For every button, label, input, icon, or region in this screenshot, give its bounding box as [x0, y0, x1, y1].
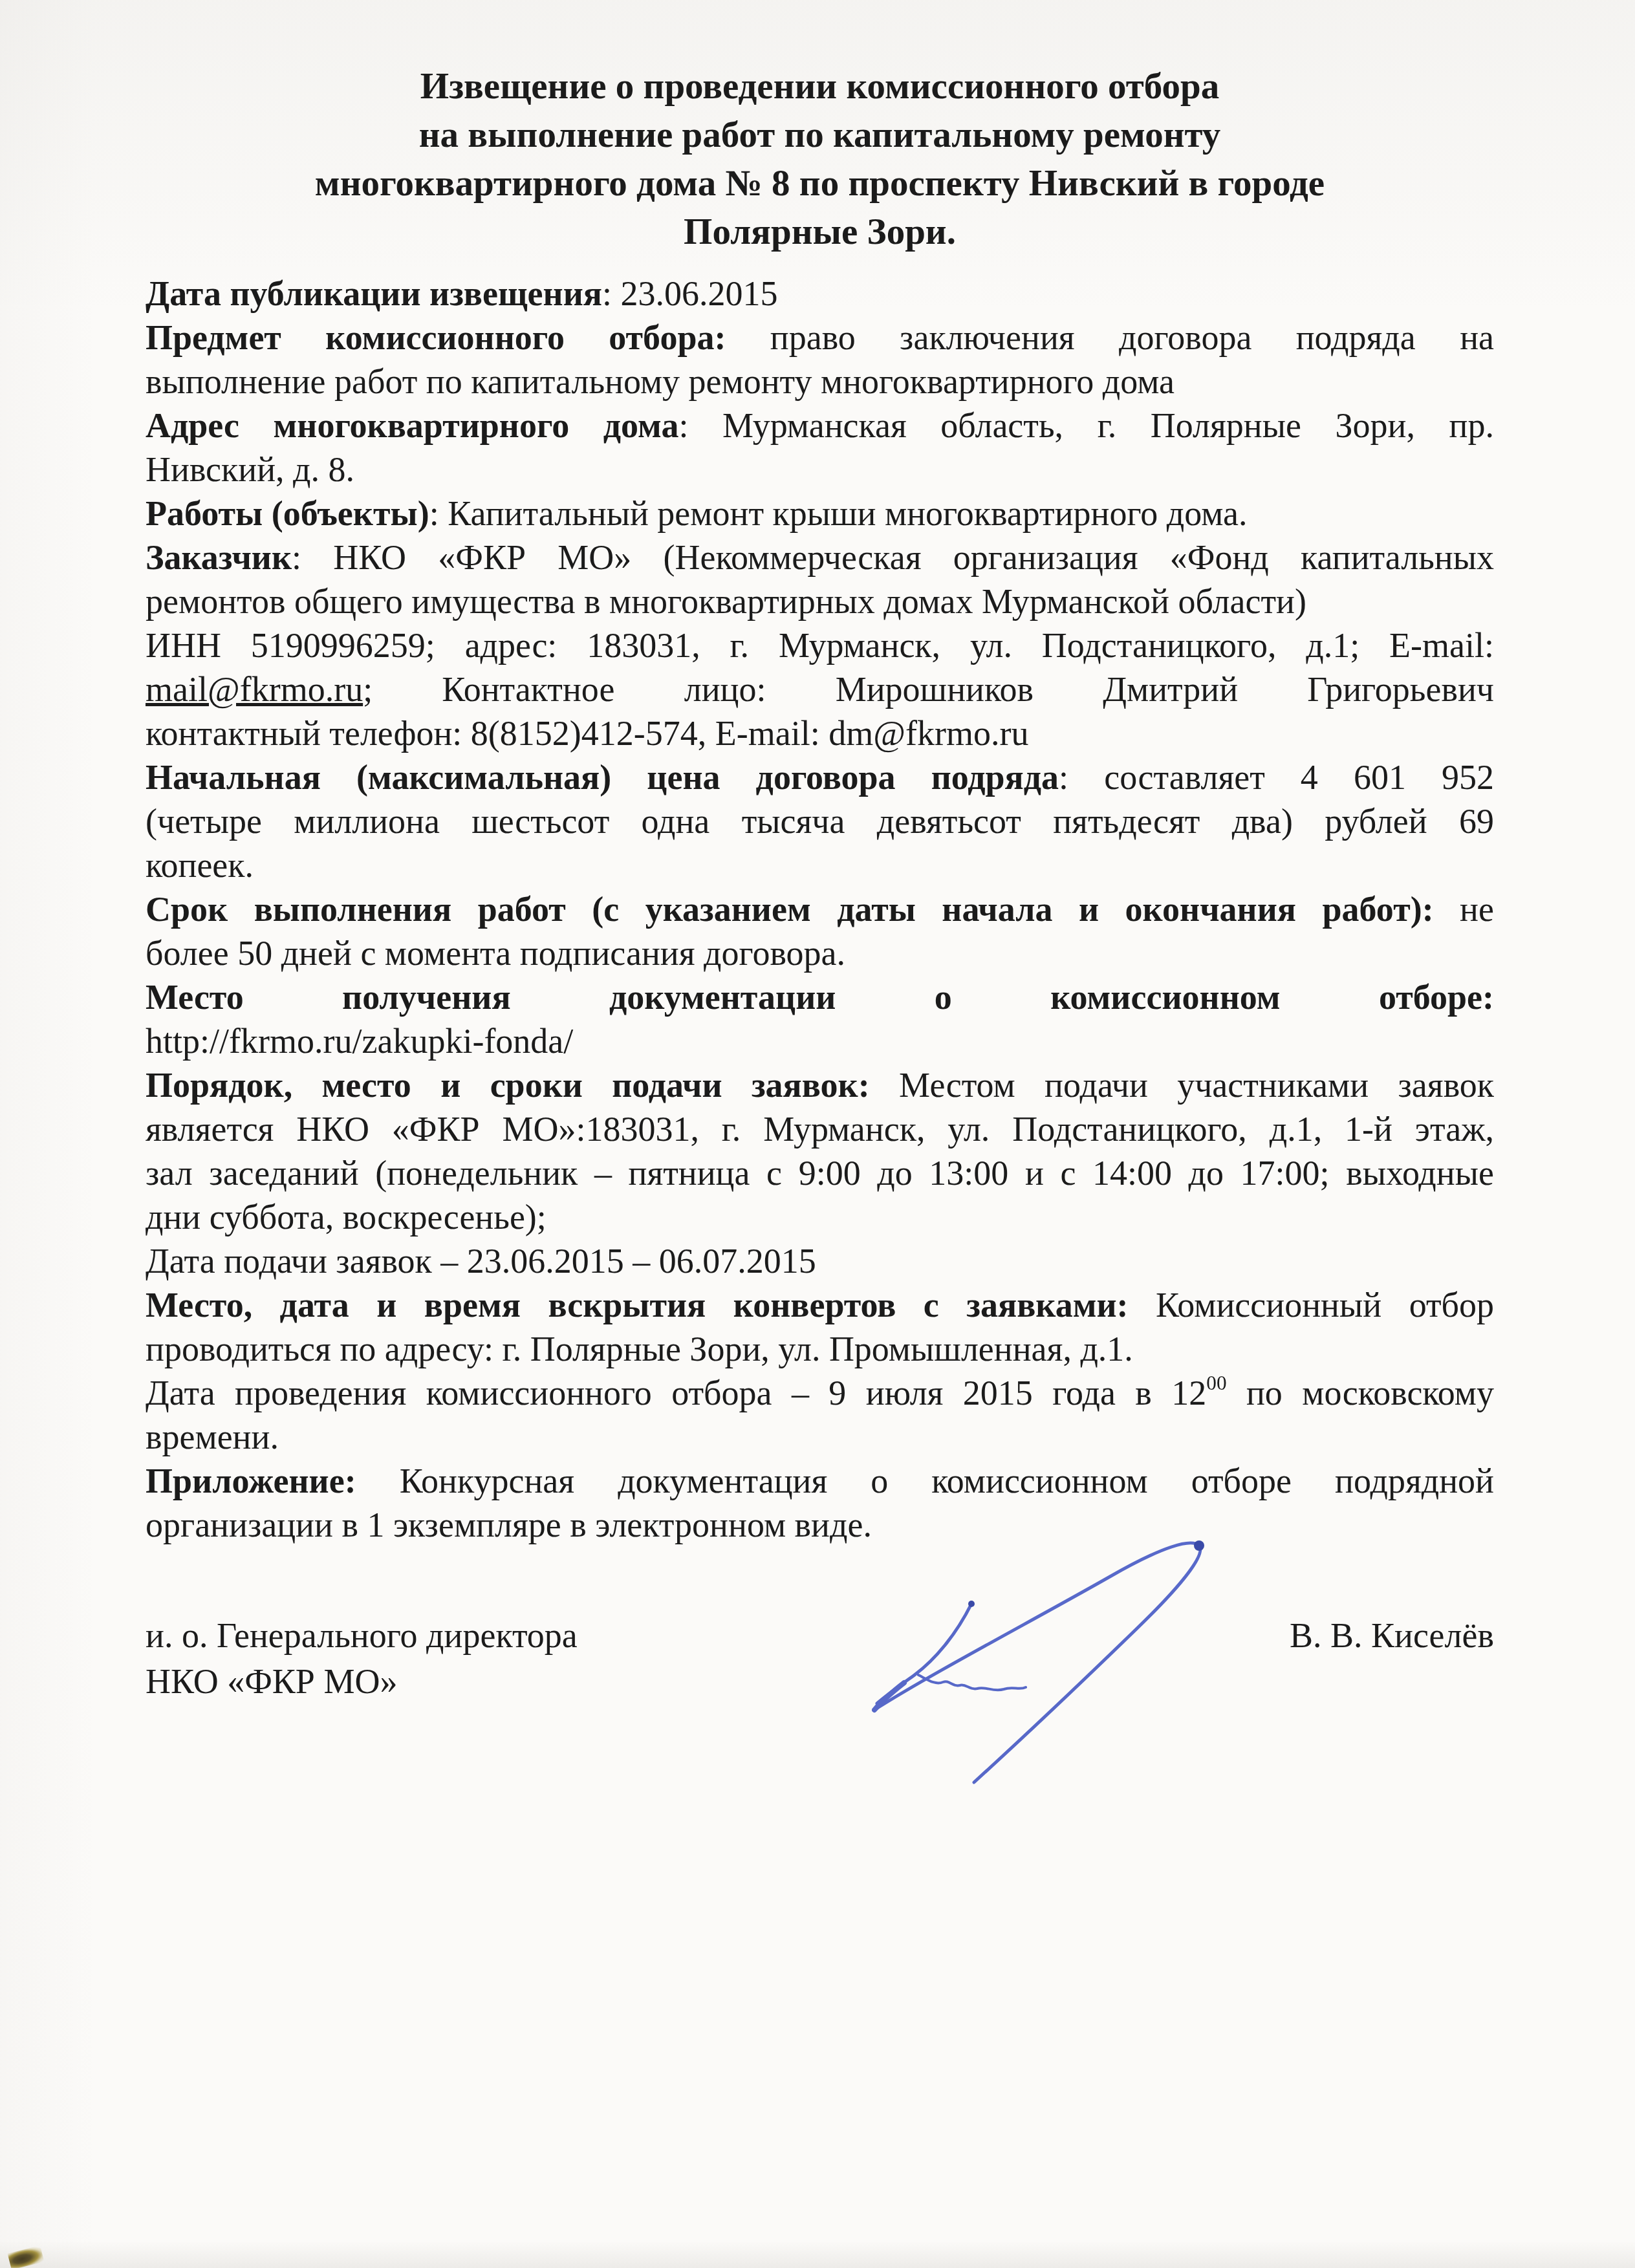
text-segment: более 50 дней с момента подписания догов…: [146, 934, 845, 973]
text-line: Место получения документации о комиссион…: [146, 975, 1494, 1019]
text-segment: 00: [1206, 1372, 1226, 1394]
text-line: дни суббота, воскресенье);: [146, 1195, 1494, 1239]
text-segment: дни суббота, воскресенье);: [146, 1198, 547, 1237]
text-segment: : 23.06.2015: [602, 274, 778, 313]
text-line: Приложение: Конкурсная документация о ко…: [146, 1459, 1494, 1503]
text-segment: mail@fkrmo.ru: [146, 670, 363, 709]
text-line: (четыре миллиона шестьсот одна тысяча де…: [146, 799, 1494, 843]
text-line: ремонтов общего имущества в многоквартир…: [146, 579, 1494, 623]
text-line: контактный телефон: 8(8152)412-574, E-ma…: [146, 711, 1494, 755]
text-line: Предмет комиссионного отбора: право закл…: [146, 316, 1494, 360]
text-line: Место, дата и время вскрытия конвертов с…: [146, 1283, 1494, 1327]
text-line: является НКО «ФКР МО»:183031, г. Мурманс…: [146, 1107, 1494, 1151]
text-line: выполнение работ по капитальному ремонту…: [146, 360, 1494, 404]
text-segment: Предмет комиссионного отбора:: [146, 318, 726, 357]
text-line: Работы (объекты): Капитальный ремонт кры…: [146, 491, 1494, 535]
text-line: Заказчик: НКО «ФКР МО» (Некоммерческая о…: [146, 535, 1494, 579]
text-segment: зал заседаний (понедельник – пятница с 9…: [146, 1154, 1494, 1193]
text-segment: Приложение:: [146, 1462, 356, 1500]
text-line: mail@fkrmo.ru; Контактное лицо: Мирошник…: [146, 667, 1494, 711]
scanned-document-page: Извещение о проведении комиссионного отб…: [0, 0, 1635, 2268]
title-line: Извещение о проведении комиссионного отб…: [146, 62, 1494, 111]
text-segment: Нивский, д. 8.: [146, 450, 354, 489]
text-line: проводиться по адресу: г. Полярные Зори,…: [146, 1327, 1494, 1371]
text-segment: Место, дата и время вскрытия конвертов с…: [146, 1286, 1129, 1324]
text-segment: Адрес многоквартирного дома: [146, 406, 678, 445]
document-content: Извещение о проведении комиссионного отб…: [146, 62, 1494, 1547]
text-segment: Местом подачи участниками заявок: [870, 1066, 1494, 1105]
signer-position-block: и. о. Генерального директора НКО «ФКР МО…: [146, 1613, 578, 1705]
text-segment: Дата публикации извещения: [146, 274, 602, 313]
signature-block: и. о. Генерального директора НКО «ФКР МО…: [146, 1613, 1494, 1705]
text-segment: Порядок, место и сроки подачи заявок:: [146, 1066, 870, 1105]
text-line: http://fkrmo.ru/zakupki-fonda/: [146, 1019, 1494, 1063]
text-line: Дата проведения комиссионного отбора – 9…: [146, 1371, 1494, 1415]
text-segment: : Капитальный ремонт крыши многоквартирн…: [429, 494, 1248, 533]
text-line: Дата подачи заявок – 23.06.2015 – 06.07.…: [146, 1239, 1494, 1283]
text-line: Дата публикации извещения: 23.06.2015: [146, 272, 1494, 316]
text-line: ИНН 5190996259; адрес: 183031, г. Мурман…: [146, 623, 1494, 667]
text-segment: : составляет 4 601 952: [1059, 758, 1494, 797]
text-segment: http://fkrmo.ru/zakupki-fonda/: [146, 1022, 573, 1061]
text-segment: ИНН 5190996259; адрес: 183031, г. Мурман…: [146, 626, 1494, 665]
text-segment: Заказчик: [146, 538, 292, 577]
text-line: Нивский, д. 8.: [146, 448, 1494, 491]
text-segment: организации в 1 экземпляре в электронном…: [146, 1506, 872, 1544]
text-line: копеек.: [146, 843, 1494, 887]
text-segment: копеек.: [146, 846, 254, 885]
text-line: Адрес многоквартирного дома: Мурманская …: [146, 404, 1494, 448]
text-segment: времени.: [146, 1418, 279, 1456]
text-segment: не: [1434, 890, 1494, 929]
text-segment: Место получения документации о комиссион…: [146, 978, 1494, 1017]
text-line: времени.: [146, 1415, 1494, 1459]
text-segment: Конкурсная документация о комиссионном о…: [356, 1462, 1494, 1500]
title-line: многоквартирного дома № 8 по проспекту Н…: [146, 159, 1494, 208]
text-line: организации в 1 экземпляре в электронном…: [146, 1503, 1494, 1547]
text-line: Начальная (максимальная) цена договора п…: [146, 755, 1494, 799]
text-segment: Дата подачи заявок – 23.06.2015 – 06.07.…: [146, 1242, 816, 1280]
text-line: Срок выполнения работ (с указанием даты …: [146, 887, 1494, 931]
text-line: Порядок, место и сроки подачи заявок: Ме…: [146, 1063, 1494, 1107]
text-segment: : НКО «ФКР МО» (Некоммерческая организац…: [292, 538, 1494, 577]
text-line: зал заседаний (понедельник – пятница с 9…: [146, 1151, 1494, 1195]
text-segment: Работы (объекты): [146, 494, 429, 533]
text-segment: Срок выполнения работ (с указанием даты …: [146, 890, 1434, 929]
signer-position: и. о. Генерального директора: [146, 1613, 578, 1659]
document-title: Извещение о проведении комиссионного отб…: [146, 62, 1494, 256]
text-segment: Комиссионный отбор: [1129, 1286, 1494, 1324]
text-segment: проводиться по адресу: г. Полярные Зори,…: [146, 1330, 1133, 1368]
text-segment: Начальная (максимальная) цена договора п…: [146, 758, 1059, 797]
title-line: Полярные Зори.: [146, 208, 1494, 256]
text-segment: Дата проведения комиссионного отбора – 9…: [146, 1374, 1206, 1412]
scan-artifact-speck: [8, 2245, 45, 2268]
text-segment: контактный телефон: 8(8152)412-574, E-ma…: [146, 714, 1028, 753]
text-segment: право заключения договора подряда на: [726, 318, 1494, 357]
signer-name: В. В. Киселёв: [1290, 1613, 1494, 1659]
text-segment: по московскому: [1227, 1374, 1494, 1412]
signer-organization: НКО «ФКР МО»: [146, 1659, 578, 1705]
text-segment: : Мурманская область, г. Полярные Зори, …: [678, 406, 1494, 445]
title-line: на выполнение работ по капитальному ремо…: [146, 111, 1494, 159]
text-segment: выполнение работ по капитальному ремонту…: [146, 362, 1175, 401]
text-segment: ; Контактное лицо: Мирошников Дмитрий Гр…: [363, 670, 1494, 709]
signature-ink-dot-hook: [968, 1601, 975, 1607]
text-segment: является НКО «ФКР МО»:183031, г. Мурманс…: [146, 1110, 1494, 1149]
text-segment: ремонтов общего имущества в многоквартир…: [146, 582, 1306, 621]
text-segment: (четыре миллиона шестьсот одна тысяча де…: [146, 802, 1494, 841]
text-line: более 50 дней с момента подписания догов…: [146, 931, 1494, 975]
document-body: Дата публикации извещения: 23.06.2015Пре…: [146, 272, 1494, 1547]
